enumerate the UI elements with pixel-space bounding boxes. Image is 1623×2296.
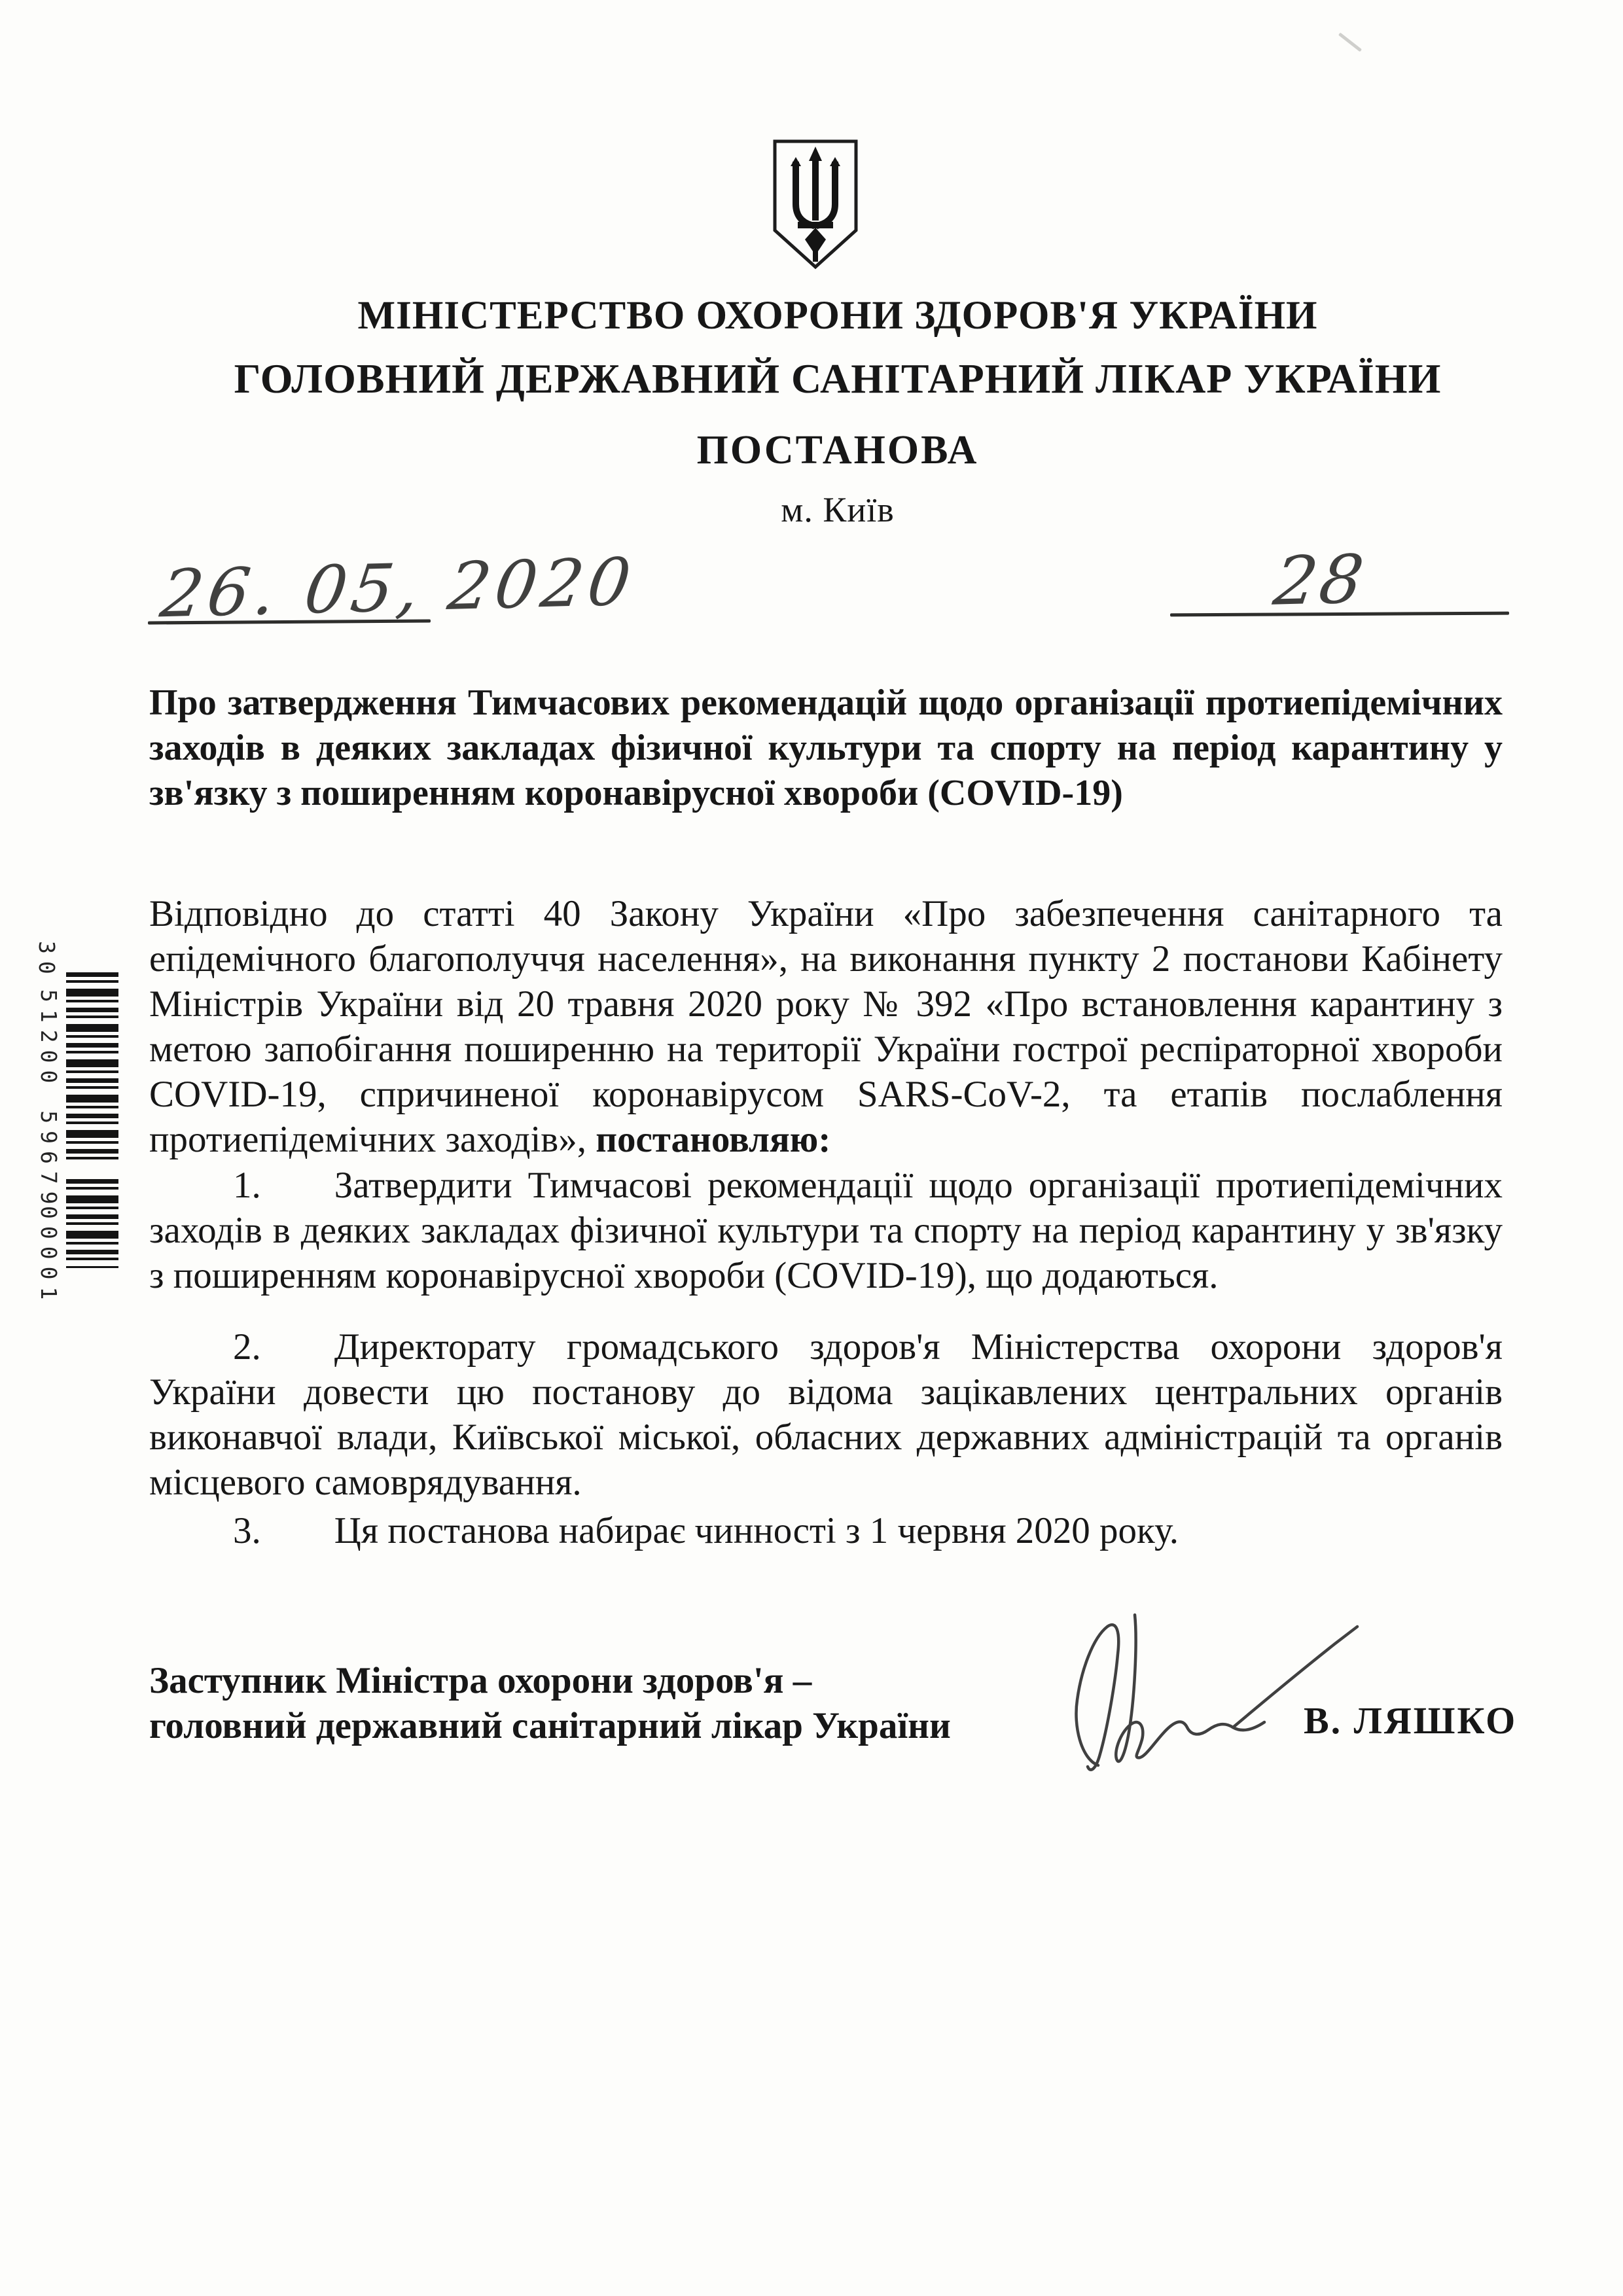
barcode-digits-mid: 51200 59679 bbox=[36, 989, 62, 1212]
signature-scribble-icon bbox=[1061, 1602, 1402, 1792]
item-paragraph-2: 2.Директорату громадського здоров'я Міні… bbox=[149, 1324, 1503, 1505]
scan-artifact bbox=[1338, 33, 1362, 52]
ministry-name: МІНІСТЕРСТВО ОХОРОНИ ЗДОРОВ'Я УКРАЇНИ bbox=[118, 293, 1558, 339]
handwritten-number: 28 bbox=[1270, 540, 1370, 621]
item-paragraph-3: 3.Ця постанова набирає чинності з 1 черв… bbox=[149, 1508, 1503, 1553]
barcode-icon bbox=[66, 1179, 118, 1268]
preamble-paragraph: Відповідно до статті 40 Закону України «… bbox=[149, 891, 1503, 1162]
item-text: Ця постанова набирає чинності з 1 червня… bbox=[334, 1510, 1179, 1551]
barcode-digits-bottom: 00001 bbox=[36, 1206, 62, 1307]
item-text: Затвердити Тимчасові рекомендації щодо о… bbox=[149, 1165, 1503, 1296]
item-paragraph-1: 1.Затвердити Тимчасові рекомендації щодо… bbox=[149, 1163, 1503, 1298]
document-page: 30 51200 59679 00001 МІНІСТЕРСТВО ОХОРОН… bbox=[0, 0, 1623, 2296]
item-number: 1. bbox=[233, 1165, 261, 1206]
trident-emblem-icon bbox=[767, 137, 864, 272]
barcode-icon bbox=[66, 972, 118, 1163]
preamble-resolve-word: постановляю: bbox=[596, 1119, 830, 1160]
authority-name: ГОЛОВНИЙ ДЕРЖАВНИЙ САНІТАРНИЙ ЛІКАР УКРА… bbox=[118, 355, 1558, 403]
city-line: м. Київ bbox=[118, 489, 1558, 530]
signatory-position-line1: Заступник Міністра охорони здоров'я – bbox=[149, 1658, 951, 1703]
signatory-position: Заступник Міністра охорони здоров'я – го… bbox=[149, 1658, 951, 1748]
signatory-position-line2: головний державний санітарний лікар Укра… bbox=[149, 1703, 951, 1748]
item-number: 3. bbox=[233, 1510, 261, 1551]
document-type: ПОСТАНОВА bbox=[118, 427, 1558, 474]
item-text: Директорату громадського здоров'я Мініст… bbox=[149, 1326, 1503, 1503]
signatory-name: В. ЛЯШКО bbox=[1304, 1699, 1517, 1742]
barcode-digits-top: 30 bbox=[34, 941, 60, 981]
item-number: 2. bbox=[233, 1326, 261, 1368]
document-title: Про затвердження Тимчасових рекомендацій… bbox=[149, 680, 1503, 816]
